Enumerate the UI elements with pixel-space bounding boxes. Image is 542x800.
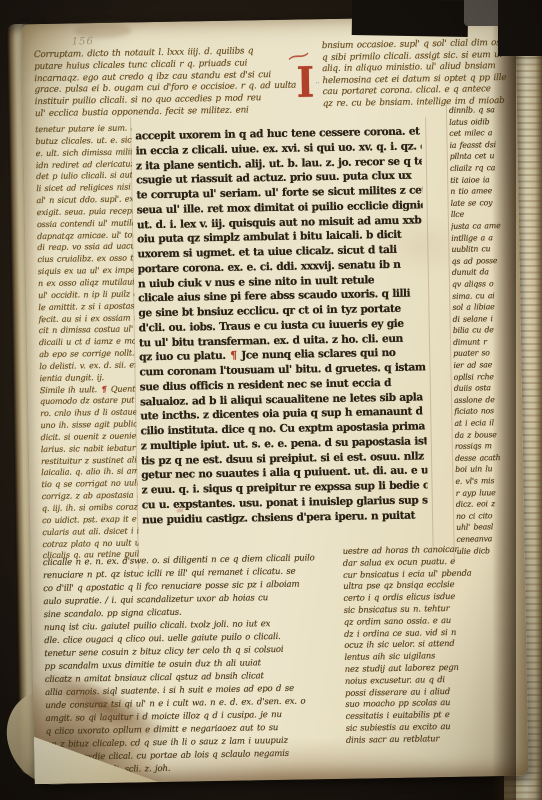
initial-letter: I [296, 61, 315, 103]
right-margin-gloss: dinnlb. q salatus oidibcet milec aia fea… [449, 104, 519, 559]
bottom-left-text-block: clicalle n e. n. ex. d'swe. o. si dilige… [43, 552, 349, 779]
text-line: dinis sacr au retblatur [346, 731, 526, 746]
rubricated-initial: ~ I ·· ·· [288, 53, 323, 124]
blue-dots-icon: ·· [290, 82, 295, 87]
manuscript-leaf: 156 Corruptam. dicto th notauit l. lxxx … [21, 16, 528, 785]
top-left-text-block: Corruptam. dicto th notauit l. lxxx iiij… [34, 45, 321, 122]
folio-number: 156 [72, 36, 94, 47]
manuscript-photo: 156 Corruptam. dicto th notauit l. lxxx … [0, 0, 542, 800]
pilcrow-mark: ¶ [100, 383, 107, 393]
book-cover-corner [352, 0, 469, 37]
text-line: le amittit. z si i apostasia li [38, 300, 134, 314]
blue-dots-icon: ·· [315, 81, 320, 86]
bottom-right-column: uestre ad horas th canoicardar salua ex … [343, 543, 526, 748]
text-line: cularis aut ali. dsicet i iure [42, 525, 138, 539]
text-line: lo delisti. v. ex. d. sii. ex. i aud [39, 359, 135, 373]
main-text-column: accepit uxorem in q ad huc tene cessere … [135, 124, 428, 529]
text-line: e. ult. sich dimissa militia z [36, 146, 132, 160]
top-right-text-block: bnsium occasioe. supl' q sol' clial dim … [322, 38, 509, 112]
left-column: tenetur putare ie sum. anbutuz clicales.… [35, 122, 139, 564]
pilcrow-mark: ¶ [229, 350, 238, 362]
book-cover-corner-right [498, 0, 542, 56]
red-marginal-mark: ≈ [175, 505, 185, 517]
